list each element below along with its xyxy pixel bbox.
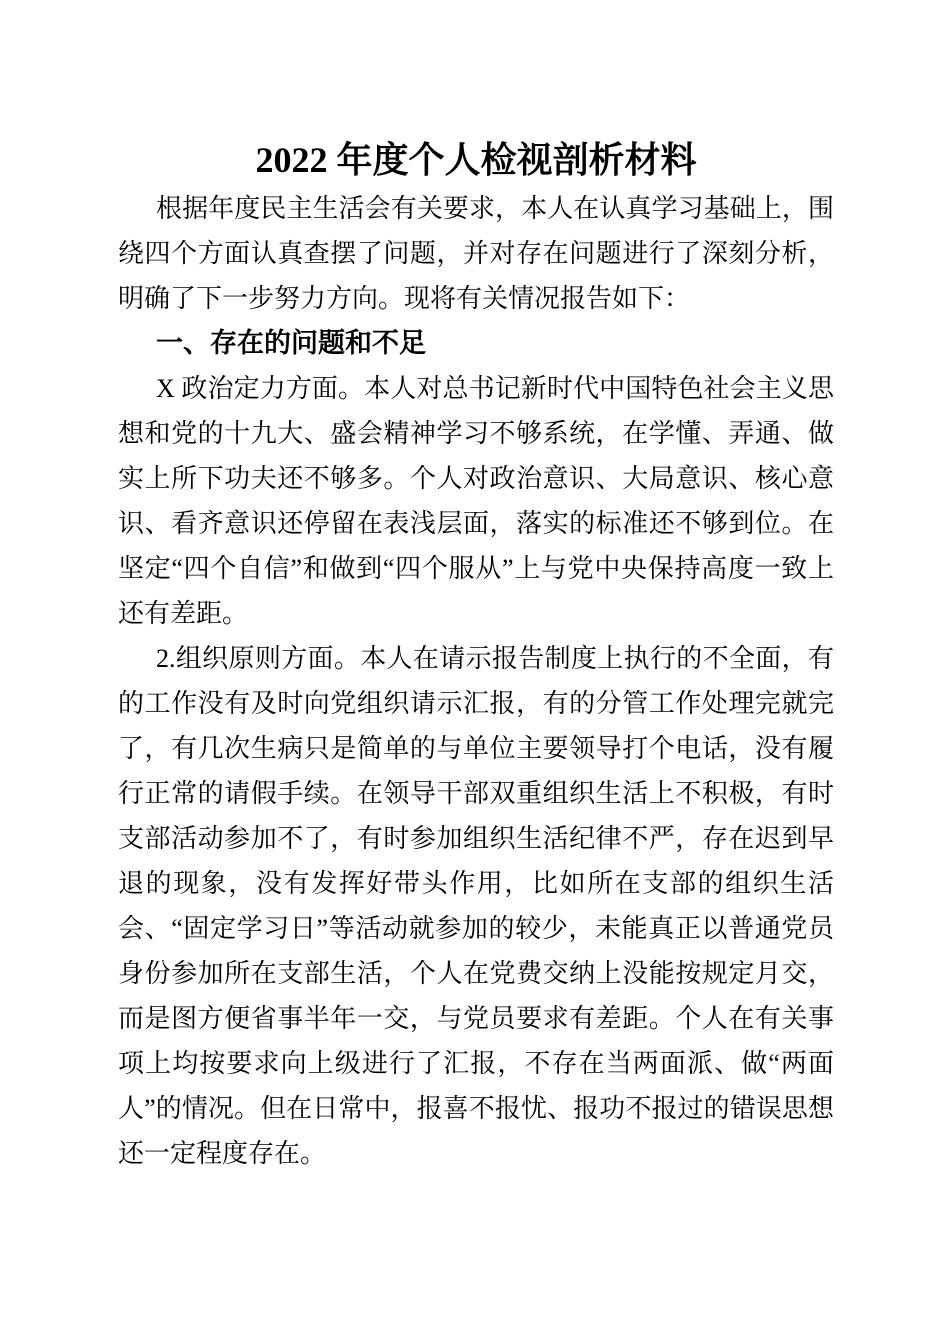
section-heading: 一、存在的问题和不足 <box>118 321 834 366</box>
page-title: 2022 年度个人检视剖析材料 <box>118 136 834 184</box>
document-body: 根据年度民主生活会有关要求，本人在认真学习基础上，围绕四个方面认真查摆了问题，并… <box>118 186 834 1176</box>
document-page: 2022 年度个人检视剖析材料 根据年度民主生活会有关要求，本人在认真学习基础上… <box>0 0 950 1344</box>
issue-paragraph-political: X 政治定力方面。本人对总书记新时代中国特色社会主义思想和党的十九大、盛会精神学… <box>118 366 834 636</box>
issue-paragraph-organization: 2.组织原则方面。本人在请示报告制度上执行的不全面，有的工作没有及时向党组织请示… <box>118 636 834 1176</box>
intro-paragraph: 根据年度民主生活会有关要求，本人在认真学习基础上，围绕四个方面认真查摆了问题，并… <box>118 186 834 321</box>
